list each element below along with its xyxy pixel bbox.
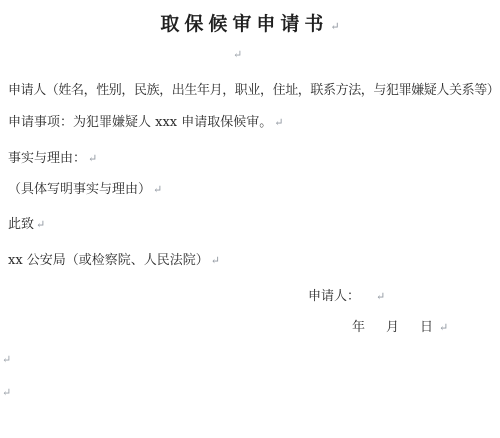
paragraph-facts-reasons-heading: 事实与理由：↵ bbox=[8, 151, 97, 167]
paragraph-return-mark-icon: ↵ bbox=[274, 116, 283, 129]
paragraph-facts-reasons-placeholder: （具体写明事实与理由）↵ bbox=[8, 182, 162, 198]
paragraph-text: 申请人（姓名，性别，民族，出生年月，职业，住址，联系方法，与犯罪嫌疑人关系等） bbox=[8, 83, 499, 98]
paragraph-text: 申请人： bbox=[308, 289, 360, 304]
paragraph-text: 事实与理由： bbox=[8, 151, 86, 166]
paragraph-return-mark-icon: ↵ bbox=[153, 183, 162, 196]
paragraph-text: 此致 bbox=[8, 217, 34, 232]
document-title: 取保候审申请书↵ bbox=[0, 9, 500, 36]
paragraph-signature-applicant: 申请人：↵ bbox=[308, 289, 385, 305]
paragraph-text: （具体写明事实与理由） bbox=[8, 182, 151, 197]
paragraph-text: xx 公安局（或检察院、人民法院） bbox=[8, 253, 209, 268]
paragraph-recipient-authority: xx 公安局（或检察院、人民法院）↵ bbox=[8, 253, 220, 269]
paragraph-applicant-info: 申请人（姓名，性别，民族，出生年月，职业，住址，联系方法，与犯罪嫌疑人关系等）↵ bbox=[8, 83, 500, 99]
paragraph-signature-date: 年 月 日↵ bbox=[352, 320, 448, 336]
paragraph-return-mark-icon: ↵ bbox=[2, 353, 11, 366]
paragraph-return-mark-icon: ↵ bbox=[233, 48, 242, 61]
paragraph-return-mark-icon: ↵ bbox=[211, 254, 220, 267]
paragraph-return-mark-icon: ↵ bbox=[36, 218, 45, 231]
paragraph-request-item: 申请事项：为犯罪嫌疑人 xxx 申请取保候审。↵ bbox=[8, 115, 283, 131]
paragraph-return-mark-icon: ↵ bbox=[88, 152, 97, 165]
document-title-text: 取保候审申请书 bbox=[160, 13, 328, 35]
paragraph-return-mark-icon: ↵ bbox=[2, 386, 11, 399]
paragraph-return-mark-icon: ↵ bbox=[330, 20, 339, 33]
document-page[interactable]: 取保候审申请书↵ ↵ 申请人（姓名，性别，民族，出生年月，职业，住址，联系方法，… bbox=[0, 0, 500, 438]
paragraph-salutation: 此致↵ bbox=[8, 217, 45, 233]
paragraph-text: 申请事项：为犯罪嫌疑人 xxx 申请取保候审。 bbox=[8, 115, 272, 130]
paragraph-text: 年 月 日 bbox=[352, 320, 437, 335]
paragraph-return-mark-icon: ↵ bbox=[376, 290, 385, 303]
paragraph-return-mark-icon: ↵ bbox=[439, 321, 448, 334]
